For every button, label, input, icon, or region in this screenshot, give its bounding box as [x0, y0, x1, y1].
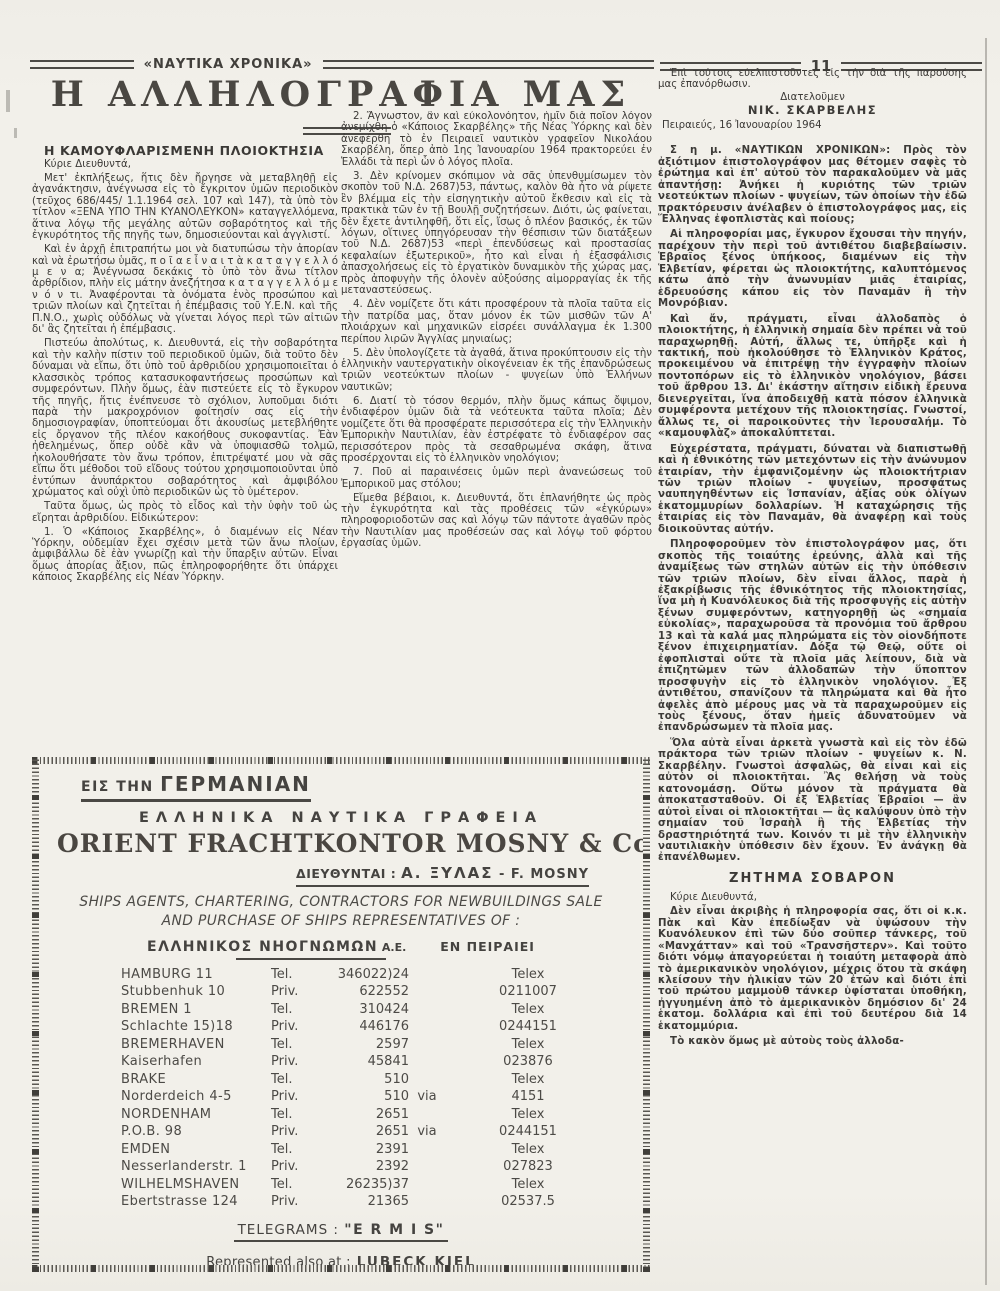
office-line-2: Ebertstrasse 124 Priv. 21365 02537.5 — [121, 1194, 611, 1211]
priv-via — [409, 1019, 445, 1036]
office-line-2: Norderdeich 4-5 Priv. 510 via 4151 — [121, 1089, 611, 1106]
paragraph-list: Δὲν εἶναι ἀκριβὴς ἡ πληροφορία σας, ὅτι … — [658, 906, 967, 1047]
editor-note: Σ η μ. «ΝΑΥΤΙΚΩΝ ΧΡΟΝΙΚΩΝ»: Πρὸς τὸν ἀξι… — [658, 145, 967, 864]
telex-label: Telex — [445, 967, 611, 984]
tel-number: 2651 — [323, 1107, 409, 1124]
office-city: EMDEN — [121, 1142, 271, 1159]
ad-border-left — [32, 757, 39, 1272]
priv-number: 2392 — [323, 1159, 409, 1176]
tel-via — [409, 1107, 445, 1124]
ad-telegrams-line: TELEGRAMS : "E R M I S" — [234, 1219, 449, 1242]
ad-content: ΕΙΣ ΤΗΝ ΓΕΡΜΑΝΙΑΝ ΕΛΛΗΝΙΚΑ ΝΑΥΤΙΚΑ ΓΡΑΦΕ… — [39, 764, 643, 1265]
ad-kicker: ΕΙΣ ΤΗΝ ΓΕΡΜΑΝΙΑΝ — [81, 772, 311, 802]
office-entry: NORDENHAM Tel. 2651 Telex P.O.B. 98 Priv… — [121, 1107, 611, 1140]
office-entry: HAMBURG 11 Tel. 346022)24 Telex Stubbenh… — [121, 967, 611, 1000]
ad-director-1: Α. ΞΥΛΑΣ — [401, 864, 493, 882]
office-line-1: BRAKE Tel. 510 Telex — [121, 1072, 611, 1089]
masthead-rule-right — [323, 60, 654, 69]
tel-number: 2391 — [323, 1142, 409, 1159]
salutation: Κύριε Διευθυντά, — [658, 892, 967, 903]
article-title: Η ΑΛΛΗΛΟΓΡΑΦΙΑ ΜΑΣ — [30, 74, 652, 115]
represented-label: Represented also at : — [206, 1255, 351, 1265]
priv-number: 2651 — [323, 1124, 409, 1141]
paragraph: 7. Ποῦ αἱ παραινέσεις ὑμῶν περὶ ἀνανεώσε… — [341, 467, 652, 490]
ad-border-right — [643, 757, 650, 1272]
office-address: P.O.B. 98 — [121, 1124, 271, 1141]
paragraph: 6. Διατί τὸ τόσον θερμόν, πλὴν ὅμως κάπω… — [341, 396, 652, 465]
tel-number: 310424 — [323, 1002, 409, 1019]
priv-number: 622552 — [323, 984, 409, 1001]
paragraph: 2. Ἄγνωστον, ἂν καὶ εὐκολονόητον, ἡμῖν δ… — [341, 111, 652, 168]
paragraph-list: 2. Ἄγνωστον, ἂν καὶ εὐκολονόητον, ἡμῖν δ… — [341, 111, 652, 550]
paragraph: Εἴμεθα βέβαιοι, κ. Διευθυντά, ὅτι ἐπλανή… — [341, 493, 652, 550]
paragraph: Καὶ ἄν, πράγματι, εἶναι ἀλλοδαπὸς ὁ πλοι… — [658, 314, 967, 440]
scan-edge — [985, 38, 987, 1285]
column-left: Η ΚΑΜΟΥΦΛΑΡΙΣΜΕΝΗ ΠΛΟΙΟΚΤΗΣΙΑ Κύριε Διευ… — [32, 145, 338, 750]
priv-via — [409, 1194, 445, 1211]
office-address: Kaiserhafen — [121, 1054, 271, 1071]
telegrams-label: TELEGRAMS : — [238, 1222, 345, 1238]
office-line-2: Schlachte 15)18 Priv. 446176 0244151 — [121, 1019, 611, 1036]
scan-smudge — [6, 90, 10, 112]
telegrams-value: "E R M I S" — [344, 1222, 444, 1238]
signature: ΝΙΚ. ΣΚΑΡΒΕΛΗΣ — [658, 105, 967, 116]
second-letter: ΖΗΤΗΜΑ ΣΟΒΑΡΟΝ Κύριε Διευθυντά, Δὲν εἶνα… — [658, 873, 967, 1048]
office-city: WILHELMSHAVEN — [121, 1177, 271, 1194]
office-line-1: BREMEN 1 Tel. 310424 Telex — [121, 1002, 611, 1019]
telex-label: Telex — [445, 1107, 611, 1124]
office-entry: BRAKE Tel. 510 Telex Norderdeich 4-5 Pri… — [121, 1072, 611, 1105]
letter-heading: Η ΚΑΜΟΥΦΛΑΡΙΣΜΕΝΗ ΠΛΟΙΟΚΤΗΣΙΑ — [32, 145, 338, 156]
paragraph: 5. Δὲν ὑπολογίζετε τὰ ἀγαθά, ἅτινα προκύ… — [341, 348, 652, 394]
letter-closing: Ἐπὶ τούτοις εὐελπιστοῦντες εἰς τὴν διὰ τ… — [658, 68, 967, 131]
office-address: Nesserlanderstr. 1 — [121, 1159, 271, 1176]
office-line-2: P.O.B. 98 Priv. 2651 via 0244151 — [121, 1124, 611, 1141]
telex-number: 0244151 — [445, 1019, 611, 1036]
salutation: Κύριε Διευθυντά, — [32, 159, 338, 170]
office-address: Ebertstrasse 124 — [121, 1194, 271, 1211]
office-entry: EMDEN Tel. 2391 Telex Nesserlanderstr. 1… — [121, 1142, 611, 1175]
tel-number: 26235)37 — [323, 1177, 409, 1194]
ad-directors-line: ΔΙΕΥΘΥΝΤΑΙ : Α. ΞΥΛΑΣ - F. MOSNY — [296, 863, 589, 887]
ad-description-line2: AND PURCHASE OF SHIPS REPRESENTATIVES OF… — [57, 912, 625, 931]
ad-description-line1: SHIPS AGENTS, CHARTERING, CONTRACTORS FO… — [57, 893, 625, 912]
priv-label: Priv. — [271, 1124, 323, 1141]
ad-director-2: - F. MOSNY — [493, 867, 589, 882]
paragraph: Πιστεύω ἀπολύτως, κ. Διευθυντά, εἰς τὴν … — [32, 338, 338, 498]
priv-number: 45841 — [323, 1054, 409, 1071]
telex-label: Telex — [445, 1072, 611, 1089]
ad-directors-label: ΔΙΕΥΘΥΝΤΑΙ : — [296, 866, 401, 881]
paragraph: Δὲν εἶναι ἀκριβὴς ἡ πληροφορία σας, ὅτι … — [658, 906, 967, 1032]
paragraph: Μετ' ἐκπλήξεως, ἥτις δὲν ἤργησε νὰ μεταβ… — [32, 173, 338, 242]
paragraph: Καὶ ἐν ἀρχῇ ἐπιτραπήτω μοι νὰ διατυπώσω … — [32, 244, 338, 336]
office-line-2: Kaiserhafen Priv. 45841 023876 — [121, 1054, 611, 1071]
tel-number: 2597 — [323, 1037, 409, 1054]
magazine-page: «ΝΑΥΤΙΚΑ ΧΡΟΝΙΚΑ» 11 Η ΑΛΛΗΛΟΓΡΑΦΙΑ ΜΑΣ … — [0, 0, 1000, 1291]
ad-representative-line: ΕΛΛΗΝΙΚΟΣ ΝΗΟΓΝΩΜΩΝ Α.Ε.ΕΝ ΠΕΙΡΑΙΕΙ — [57, 936, 625, 955]
office-entry: BREMEN 1 Tel. 310424 Telex Schlachte 15)… — [121, 1002, 611, 1035]
office-city: BRAKE — [121, 1072, 271, 1089]
paragraph: Πληροφοροῦμεν τὸν ἐπιστολογράφον μας, ὅτ… — [658, 539, 967, 734]
tel-label: Tel. — [271, 967, 323, 984]
tel-label: Tel. — [271, 1177, 323, 1194]
priv-label: Priv. — [271, 1019, 323, 1036]
ad-office-table: HAMBURG 11 Tel. 346022)24 Telex Stubbenh… — [121, 967, 611, 1210]
paragraph: Ταῦτα ὅμως, ὡς πρὸς τὸ εἶδος καὶ τὴν ὑφὴ… — [32, 501, 338, 524]
priv-via: via — [409, 1089, 445, 1106]
ad-subtitle: ΕΛΛΗΝΙΚΑ ΝΑΥΤΙΚΑ ΓΡΑΦΕΙΑ — [57, 810, 625, 826]
ad-company-name: ORIENT FRACHTKONTOR MOSNY & Co. — [57, 829, 625, 858]
office-address: Schlachte 15)18 — [121, 1019, 271, 1036]
telex-number: 0211007 — [445, 984, 611, 1001]
tel-via — [409, 967, 445, 984]
second-letter-heading: ΖΗΤΗΜΑ ΣΟΒΑΡΟΝ — [658, 873, 967, 884]
represented-value: LUBECK KIEL — [357, 1254, 476, 1265]
tel-via — [409, 1072, 445, 1089]
tel-number: 346022)24 — [323, 967, 409, 984]
masthead-row: «ΝΑΥΤΙΚΑ ΧΡΟΝΙΚΑ» — [30, 57, 654, 72]
ad-border-bottom — [32, 1265, 650, 1272]
ad-kicker-prefix: ΕΙΣ ΤΗΝ — [81, 779, 160, 795]
tel-number: 510 — [323, 1072, 409, 1089]
priv-label: Priv. — [271, 1194, 323, 1211]
ad-rep-name: ΕΛΛΗΝΙΚΟΣ ΝΗΟΓΝΩΜΩΝ — [147, 939, 378, 955]
ad-rep-suffix: Α.Ε. — [378, 941, 406, 954]
paragraph: 3. Δὲν κρίνομεν σκόπιμον νὰ σᾶς ὑπενθυμί… — [341, 171, 652, 297]
priv-via — [409, 1054, 445, 1071]
tel-label: Tel. — [271, 1107, 323, 1124]
tel-label: Tel. — [271, 1072, 323, 1089]
valediction: Διατελοῦμεν — [658, 92, 967, 103]
office-city: BREMEN 1 — [121, 1002, 271, 1019]
telex-label: Telex — [445, 1002, 611, 1019]
office-line-1: EMDEN Tel. 2391 Telex — [121, 1142, 611, 1159]
paragraph-list: Μετ' ἐκπλήξεως, ἥτις δὲν ἤργησε νὰ μεταβ… — [32, 173, 338, 584]
tel-label: Tel. — [271, 1002, 323, 1019]
office-line-1: BREMERHAVEN Tel. 2597 Telex — [121, 1037, 611, 1054]
office-city: NORDENHAM — [121, 1107, 271, 1124]
paragraph: 1. Ὁ «Κάποιος Σκαρβέλης», ὁ διαμένων εἰς… — [32, 527, 338, 584]
priv-via — [409, 1159, 445, 1176]
office-line-2: Stubbenhuk 10 Priv. 622552 0211007 — [121, 984, 611, 1001]
office-city: HAMBURG 11 — [121, 967, 271, 984]
masthead-title: «ΝΑΥΤΙΚΑ ΧΡΟΝΙΚΑ» — [144, 57, 313, 72]
paragraph: Ὅλα αὐτὰ εἶναι ἀρκετὰ γνωστὰ καὶ εἰς τὸν… — [658, 738, 967, 864]
priv-label: Priv. — [271, 984, 323, 1001]
paragraph: Αἱ πληροφορίαι μας, ἔγκυρον ἔχουσαι τὴν … — [658, 229, 967, 309]
ad-rep-underline — [236, 958, 386, 960]
dateline: Πειραιεύς, 16 Ἰανουαρίου 1964 — [658, 120, 967, 131]
priv-via: via — [409, 1124, 445, 1141]
telex-number: 02537.5 — [445, 1194, 611, 1211]
scan-smudge — [14, 128, 17, 138]
office-line-2: Nesserlanderstr. 1 Priv. 2392 027823 — [121, 1159, 611, 1176]
priv-label: Priv. — [271, 1054, 323, 1071]
priv-number: 510 — [323, 1089, 409, 1106]
office-address: Norderdeich 4-5 — [121, 1089, 271, 1106]
telex-label: Telex — [445, 1037, 611, 1054]
telex-number: 0244151 — [445, 1124, 611, 1141]
ad-border-top — [32, 757, 650, 764]
column-middle: 2. Ἄγνωστον, ἂν καὶ εὐκολονόητον, ἡμῖν δ… — [341, 111, 652, 751]
paragraph-list: Σ η μ. «ΝΑΥΤΙΚΩΝ ΧΡΟΝΙΚΩΝ»: Πρὸς τὸν ἀξι… — [658, 145, 967, 864]
telex-number: 4151 — [445, 1089, 611, 1106]
telex-number: 023876 — [445, 1054, 611, 1071]
tel-via — [409, 1142, 445, 1159]
priv-number: 446176 — [323, 1019, 409, 1036]
tel-via — [409, 1037, 445, 1054]
closing-paragraph: Ἐπὶ τούτοις εὐελπιστοῦντες εἰς τὴν διὰ τ… — [658, 68, 967, 91]
telex-number: 027823 — [445, 1159, 611, 1176]
telex-label: Telex — [445, 1177, 611, 1194]
ad-rep-place: ΕΝ ΠΕΙΡΑΙΕΙ — [440, 939, 535, 954]
priv-number: 21365 — [323, 1194, 409, 1211]
office-line-1: HAMBURG 11 Tel. 346022)24 Telex — [121, 967, 611, 984]
priv-label: Priv. — [271, 1089, 323, 1106]
paragraph: Εὐχερέστατα, πράγματι, δύναται νὰ διαπισ… — [658, 444, 967, 536]
priv-label: Priv. — [271, 1159, 323, 1176]
ad-kicker-emphasis: ΓΕΡΜΑΝΙΑΝ — [160, 772, 311, 796]
office-city: BREMERHAVEN — [121, 1037, 271, 1054]
office-entry: WILHELMSHAVEN Tel. 26235)37 Telex Eberts… — [121, 1177, 611, 1210]
office-line-1: NORDENHAM Tel. 2651 Telex — [121, 1107, 611, 1124]
masthead-rule-left — [30, 60, 134, 69]
ad-description: SHIPS AGENTS, CHARTERING, CONTRACTORS FO… — [57, 893, 625, 931]
tel-label: Tel. — [271, 1142, 323, 1159]
telex-label: Telex — [445, 1142, 611, 1159]
paragraph: Σ η μ. «ΝΑΥΤΙΚΩΝ ΧΡΟΝΙΚΩΝ»: Πρὸς τὸν ἀξι… — [658, 145, 967, 225]
paragraph: 4. Δὲν νομίζετε ὅτι κάτι προσφέρουν τὰ π… — [341, 299, 652, 345]
column-right: Ἐπὶ τούτοις εὐελπιστοῦντες εἰς τὴν διὰ τ… — [658, 68, 967, 1286]
office-address: Stubbenhuk 10 — [121, 984, 271, 1001]
tel-via — [409, 1177, 445, 1194]
tel-label: Tel. — [271, 1037, 323, 1054]
office-line-1: WILHELMSHAVEN Tel. 26235)37 Telex — [121, 1177, 611, 1194]
advertisement: ΕΙΣ ΤΗΝ ΓΕΡΜΑΝΙΑΝ ΕΛΛΗΝΙΚΑ ΝΑΥΤΙΚΑ ΓΡΑΦΕ… — [32, 757, 650, 1272]
office-entry: BREMERHAVEN Tel. 2597 Telex Kaiserhafen … — [121, 1037, 611, 1070]
ad-represented-line: Represented also at :LUBECK KIEL — [57, 1251, 625, 1265]
priv-via — [409, 984, 445, 1001]
tel-via — [409, 1002, 445, 1019]
paragraph: Τὸ κακὸν ὅμως μὲ αὐτοὺς τοὺς ἀλλοδα- — [658, 1036, 967, 1047]
